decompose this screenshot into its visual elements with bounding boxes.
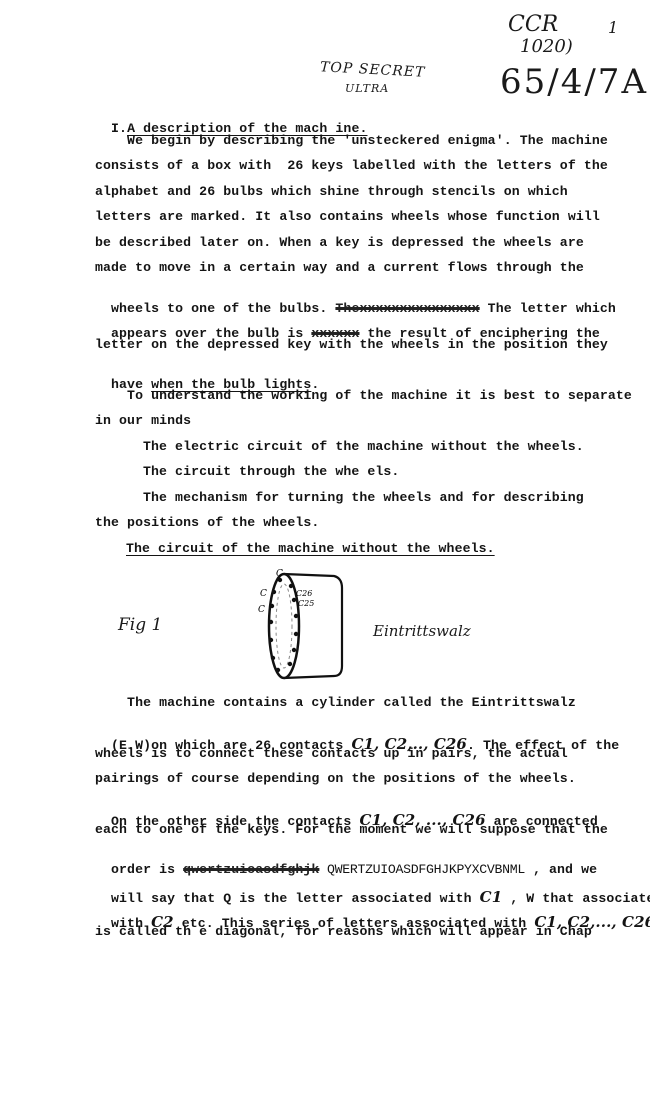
text-line: in our minds [95, 413, 191, 428]
text-line: consists of a box with 26 keys labelled … [95, 158, 608, 173]
text-line: alphabet and 26 bulbs which shine throug… [95, 184, 568, 199]
figure-label: Fig 1 [118, 615, 162, 635]
cylinder-diagram: C C C C26 C25 [258, 566, 348, 682]
text-line: letters are marked. It also contains whe… [95, 209, 600, 224]
contact-label: C26 [296, 589, 312, 598]
contact-label: C [260, 589, 267, 599]
text-line: The machine contains a cylinder called t… [95, 695, 576, 710]
list-item: The mechanism for turning the wheels and… [143, 490, 584, 505]
subheading: The circuit of the machine without the w… [126, 541, 495, 556]
contact-label: C25 [298, 599, 314, 608]
list-item: The circuit through the whe els. [143, 464, 399, 479]
list-item: The electric circuit of the machine with… [143, 439, 584, 454]
text-line: pairings of course depending on the posi… [95, 771, 576, 786]
section-heading: I.A description of the mach ine. [95, 106, 367, 136]
reference-mark: 1020) [520, 36, 573, 57]
text-line: the positions of the wheels. [95, 515, 319, 530]
text-line: wheels is to connect these contacts up i… [95, 746, 568, 761]
text-line: be described later on. When a key is dep… [95, 235, 584, 250]
contact-label: C [276, 569, 283, 579]
text-line: We begin by describing the 'unsteckered … [95, 133, 608, 148]
text-line: To understand the working of the machine… [95, 388, 632, 403]
figure-caption: Eintrittswalz [373, 622, 471, 640]
ultra-stamp: ULTRA [345, 82, 389, 95]
text-line: letter on the depressed key with the whe… [95, 337, 608, 352]
text-line: is called th e diagonal, for reasons whi… [95, 924, 592, 939]
page-mark: 1 [608, 18, 618, 37]
ccr-mark: CCR [508, 12, 558, 37]
text-line: made to move in a certain way and a curr… [95, 260, 584, 275]
file-number: 65/4/7A [500, 62, 648, 102]
top-secret-stamp: TOP SECRET [320, 59, 426, 80]
contact-label: C [258, 605, 265, 615]
text-line: each to one of the keys. For the moment … [95, 822, 608, 837]
